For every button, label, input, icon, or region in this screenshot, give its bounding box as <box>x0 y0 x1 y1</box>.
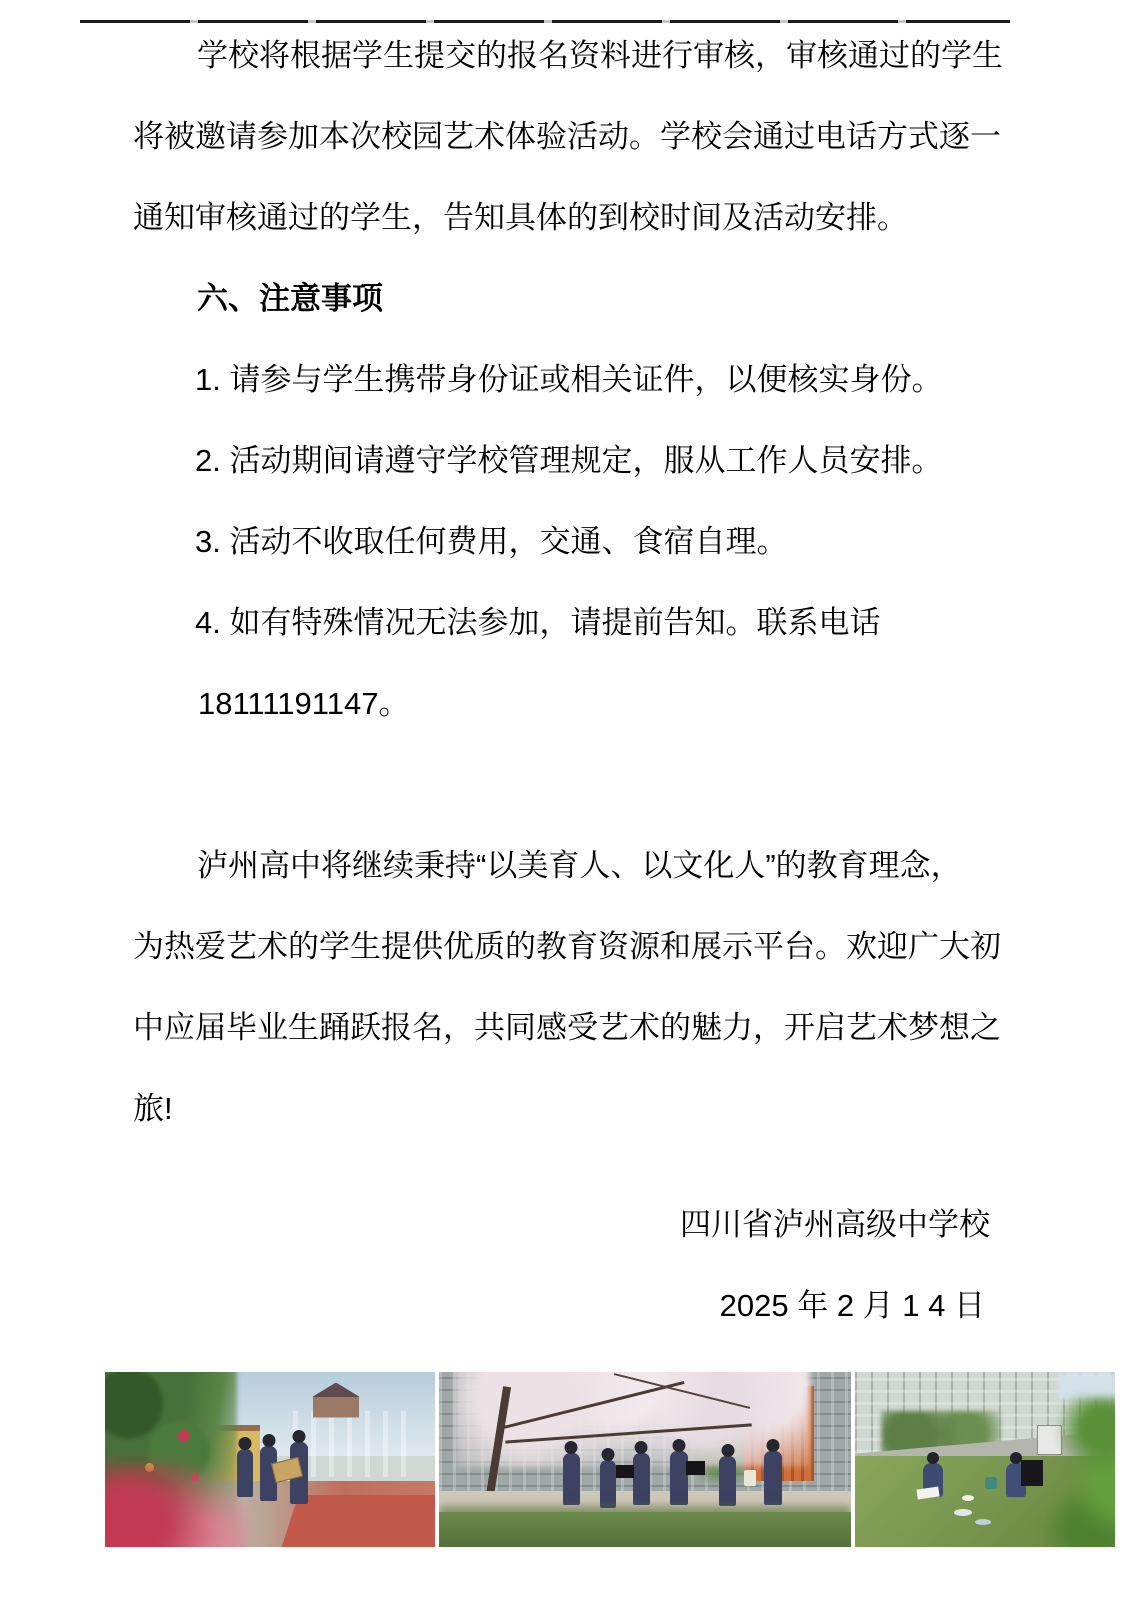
tote-bag <box>744 1470 756 1486</box>
photo-sketching-flower-wall <box>105 1372 435 1547</box>
student-figure <box>237 1449 253 1497</box>
student-figure <box>600 1460 616 1508</box>
signature-date: 2025 年 2 月 1 4 日 <box>133 1265 1008 1346</box>
photo-row <box>105 1372 1115 1547</box>
student-figure <box>719 1456 736 1506</box>
para-review-line-1: 学校将根据学生提交的报名资料进行审核，审核通过的学生 <box>133 15 1008 96</box>
art-supplies <box>954 1509 972 1516</box>
document-page: 学校将根据学生提交的报名资料进行审核，审核通过的学生 将被邀请参加本次校园艺术体… <box>0 0 1134 1616</box>
student-figure <box>563 1453 580 1505</box>
sketch-board <box>616 1465 634 1478</box>
para-closing-line-3: 中应届毕业生踊跃报名，共同感受艺术的魅力，开启艺术梦想之 <box>133 987 1008 1068</box>
signature-school-name: 四川省泸州高级中学校 <box>133 1184 1008 1265</box>
student-figure <box>670 1451 688 1505</box>
note-item-4: 4. 如有特殊情况无法参加，请提前告知。联系电话 <box>133 582 1008 663</box>
foreground-leaves <box>1011 1397 1115 1548</box>
red-flower <box>178 1430 190 1442</box>
student-figure <box>764 1451 782 1505</box>
sketch-board <box>686 1461 705 1475</box>
shrubs-foreground <box>439 1512 851 1547</box>
art-supplies <box>962 1495 974 1501</box>
photo-sketching-on-lawn <box>855 1372 1115 1547</box>
blurred-foreground-flowers <box>105 1463 250 1547</box>
clipped-previous-line <box>80 20 1010 23</box>
photo-sketching-cherry-blossoms <box>439 1372 851 1547</box>
section-heading-notes: 六、注意事项 <box>133 258 1008 339</box>
note-item-3: 3. 活动不收取任何费用，交通、食宿自理。 <box>133 501 1008 582</box>
backpack <box>985 1477 997 1489</box>
para-closing-line-4: 旅! <box>133 1068 1008 1149</box>
student-figure <box>633 1453 650 1505</box>
para-closing-line-2: 为热爱艺术的学生提供优质的教育资源和展示平台。欢迎广大初 <box>133 906 1008 987</box>
note-item-1: 1. 请参与学生携带身份证或相关证件，以便核实身份。 <box>133 339 1008 420</box>
blank-line <box>133 744 1008 825</box>
contact-phone: 18111191147。 <box>133 663 1008 744</box>
red-building <box>293 1411 412 1478</box>
art-supplies <box>975 1519 991 1525</box>
para-closing-line-1: 泸州高中将继续秉持“以美育人、以文化人”的教育理念， <box>133 825 1008 906</box>
note-item-2: 2. 活动期间请遵守学校管理规定，服从工作人员安排。 <box>133 420 1008 501</box>
para-review-line-2: 将被邀请参加本次校园艺术体验活动。学校会通过电话方式逐一 <box>133 96 1008 177</box>
para-review-line-3: 通知审核通过的学生，告知具体的到校时间及活动安排。 <box>133 177 1008 258</box>
document-body: 学校将根据学生提交的报名资料进行审核，审核通过的学生 将被邀请参加本次校园艺术体… <box>0 0 1134 1346</box>
